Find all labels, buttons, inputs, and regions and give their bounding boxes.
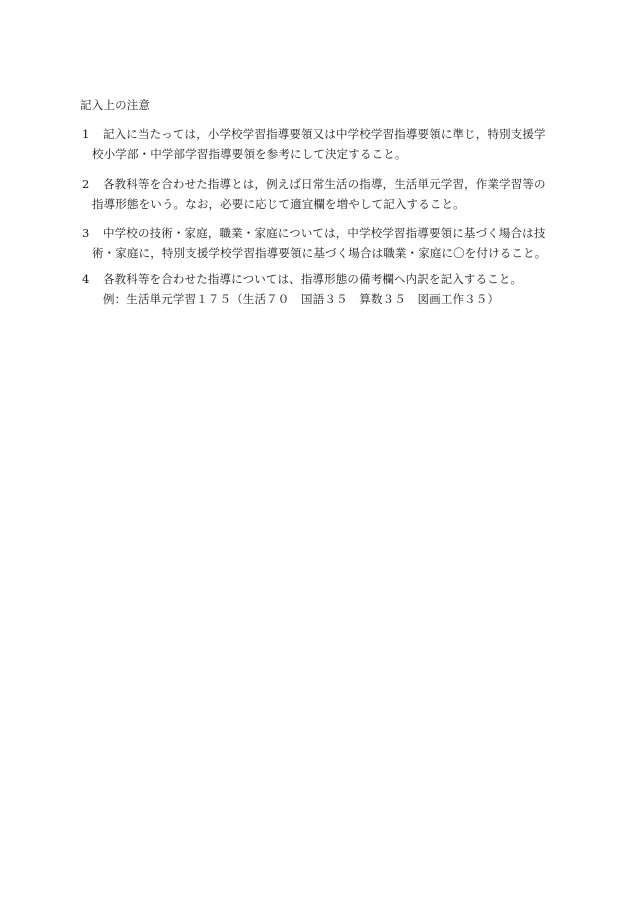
note-text-line: 指導形態をいう。なお，必要に応じて適宜欄を増やして記入すること。 xyxy=(80,195,560,215)
note-text-line: 記入に当たっては，小学校学習指導要領又は中学校学習指導要領に準じ，特別支援学 xyxy=(80,125,560,145)
note-number: 1 xyxy=(82,125,98,145)
note-text-line: 術・家庭に，特別支援学校学習指導要領に基づく場合は職業・家庭に〇を付けること。 xyxy=(80,244,560,264)
note-item-4: 4 各教科等を合わせた指導については、指導形態の備考欄へ内訳を記入すること。 例… xyxy=(80,270,560,309)
note-item-1: 1 記入に当たっては，小学校学習指導要領又は中学校学習指導要領に準じ，特別支援学… xyxy=(80,125,560,164)
note-number: 3 xyxy=(82,224,98,244)
note-item-3: 3 中学校の技術・家庭，職業・家庭については，中学校学習指導要領に基づく場合は技… xyxy=(80,224,560,263)
note-number: 2 xyxy=(82,175,98,195)
note-text-line: 各教科等を合わせた指導については、指導形態の備考欄へ内訳を記入すること。 xyxy=(80,270,560,290)
note-number: 4 xyxy=(82,270,98,290)
note-example-line: 例：生活単元学習１７５（生活７０ 国語３５ 算数３５ 図画工作３５） xyxy=(80,290,560,310)
note-text-line: 校小学部・中学部学習指導要領を参考にして決定すること。 xyxy=(80,145,560,165)
note-item-2: 2 各教科等を合わせた指導とは，例えば日常生活の指導，生活単元学習，作業学習等の… xyxy=(80,175,560,214)
notes-heading: 記入上の注意 xyxy=(80,97,150,113)
document-page: 記入上の注意 1 記入に当たっては，小学校学習指導要領又は中学校学習指導要領に準… xyxy=(0,0,630,903)
note-text-line: 中学校の技術・家庭，職業・家庭については，中学校学習指導要領に基づく場合は技 xyxy=(80,224,560,244)
note-text-line: 各教科等を合わせた指導とは，例えば日常生活の指導，生活単元学習，作業学習等の xyxy=(80,175,560,195)
